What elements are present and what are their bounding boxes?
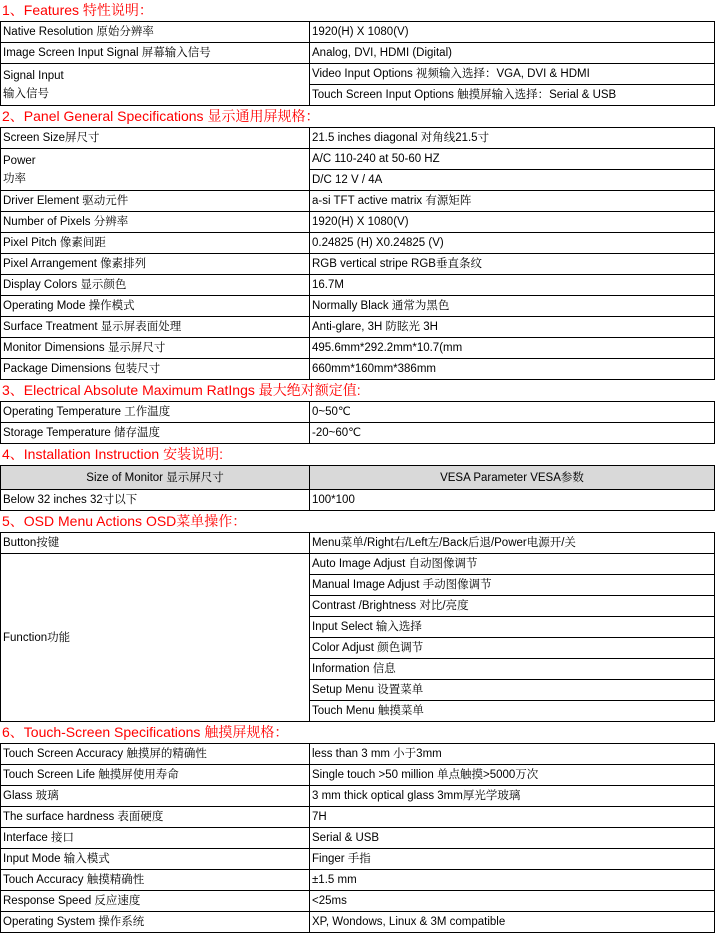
table-row: Touch Accuracy 触摸精确性 ±1.5 mm bbox=[1, 870, 715, 891]
table-row: Touch Screen Life 触摸屏使用寿命 Single touch >… bbox=[1, 765, 715, 786]
spec-value: Touch Menu 触摸菜单 bbox=[310, 701, 715, 722]
table-row: Surface Treatment 显示屏表面处理 Anti-glare, 3H… bbox=[1, 317, 715, 338]
spec-value: -20~60℃ bbox=[310, 423, 715, 444]
spec-label: Number of Pixels 分辨率 bbox=[1, 212, 310, 233]
spec-label: Power 功率 bbox=[1, 149, 310, 191]
spec-value: 3 mm thick optical glass 3mm厚光学玻璃 bbox=[310, 786, 715, 807]
panel-specs-table: Screen Size屏尺寸 21.5 inches diagonal 对角线2… bbox=[0, 127, 715, 380]
spec-label-en: Signal Input bbox=[3, 67, 307, 85]
spec-value: 21.5 inches diagonal 对角线21.5寸 bbox=[310, 128, 715, 149]
table-row: The surface hardness 表面硬度 7H bbox=[1, 807, 715, 828]
spec-label: Input Mode 输入模式 bbox=[1, 849, 310, 870]
table-row: Response Speed 反应速度 <25ms bbox=[1, 891, 715, 912]
spec-label: Touch Accuracy 触摸精确性 bbox=[1, 870, 310, 891]
spec-value: XP, Wondows, Linux & 3M compatible bbox=[310, 912, 715, 933]
table-row: Interface 接口 Serial & USB bbox=[1, 828, 715, 849]
table-row: Operating Temperature 工作温度 0~50℃ bbox=[1, 402, 715, 423]
touch-screen-table: Touch Screen Accuracy 触摸屏的精确性 less than … bbox=[0, 743, 715, 933]
spec-value: less than 3 mm 小于3mm bbox=[310, 744, 715, 765]
spec-label: Touch Screen Accuracy 触摸屏的精确性 bbox=[1, 744, 310, 765]
spec-label: Function功能 bbox=[1, 554, 310, 722]
table-row: Image Screen Input Signal 屏幕输入信号 Analog,… bbox=[1, 43, 715, 64]
spec-value: Auto Image Adjust 自动图像调节 bbox=[310, 554, 715, 575]
spec-label: Touch Screen Life 触摸屏使用寿命 bbox=[1, 765, 310, 786]
table-header-row: Size of Monitor 显示屏尺寸 VESA Parameter VES… bbox=[1, 466, 715, 490]
spec-value: Normally Black 通常为黑色 bbox=[310, 296, 715, 317]
spec-label-cn: 功率 bbox=[3, 170, 307, 188]
spec-label: Button按键 bbox=[1, 533, 310, 554]
section-title-panel-specs: 2、Panel General Specifications 显示通用屏规格： bbox=[0, 106, 715, 127]
spec-label: Pixel Pitch 像素间距 bbox=[1, 233, 310, 254]
table-row: Below 32 inches 32寸以下 100*100 bbox=[1, 490, 715, 511]
spec-value: Contrast /Brightness 对比/亮度 bbox=[310, 596, 715, 617]
spec-value: ±1.5 mm bbox=[310, 870, 715, 891]
table-row: Power 功率 A/C 110-240 at 50-60 HZ bbox=[1, 149, 715, 170]
spec-value: Analog, DVI, HDMI (Digital) bbox=[310, 43, 715, 64]
electrical-ratings-table: Operating Temperature 工作温度 0~50℃ Storage… bbox=[0, 401, 715, 444]
spec-label: Operating Mode 操作模式 bbox=[1, 296, 310, 317]
installation-table: Size of Monitor 显示屏尺寸 VESA Parameter VES… bbox=[0, 465, 715, 511]
spec-label: Pixel Arrangement 像素排列 bbox=[1, 254, 310, 275]
spec-label: Monitor Dimensions 显示屏尺寸 bbox=[1, 338, 310, 359]
spec-value: <25ms bbox=[310, 891, 715, 912]
spec-value: Video Input Options 视频输入选择：VGA, DVI & HD… bbox=[310, 64, 715, 85]
table-row: Display Colors 显示颜色 16.7M bbox=[1, 275, 715, 296]
spec-label: Package Dimensions 包装尺寸 bbox=[1, 359, 310, 380]
spec-value: RGB vertical stripe RGB垂直条纹 bbox=[310, 254, 715, 275]
table-row: Native Resolution 原始分辨率 1920(H) X 1080(V… bbox=[1, 22, 715, 43]
table-row: Signal Input 输入信号 Video Input Options 视频… bbox=[1, 64, 715, 85]
table-row: Screen Size屏尺寸 21.5 inches diagonal 对角线2… bbox=[1, 128, 715, 149]
spec-label: Signal Input 输入信号 bbox=[1, 64, 310, 106]
section-title-osd-menu: 5、OSD Menu Actions OSD菜单操作： bbox=[0, 511, 715, 532]
spec-value: Manual Image Adjust 手动图像调节 bbox=[310, 575, 715, 596]
spec-value: 7H bbox=[310, 807, 715, 828]
spec-value: Color Adjust 颜色调节 bbox=[310, 638, 715, 659]
spec-value: A/C 110-240 at 50-60 HZ bbox=[310, 149, 715, 170]
table-row: Package Dimensions 包装尺寸 660mm*160mm*386m… bbox=[1, 359, 715, 380]
table-row: Pixel Pitch 像素间距 0.24825 (H) X0.24825 (V… bbox=[1, 233, 715, 254]
table-row: Operating Mode 操作模式 Normally Black 通常为黑色 bbox=[1, 296, 715, 317]
spec-value: Menu菜单/Right右/Left左/Back后退/Power电源开/关 bbox=[310, 533, 715, 554]
spec-label: Operating System 操作系统 bbox=[1, 912, 310, 933]
spec-label: Interface 接口 bbox=[1, 828, 310, 849]
column-header-vesa: VESA Parameter VESA参数 bbox=[310, 466, 715, 490]
spec-value: Setup Menu 设置菜单 bbox=[310, 680, 715, 701]
spec-value: 16.7M bbox=[310, 275, 715, 296]
spec-value: a-si TFT active matrix 有源矩阵 bbox=[310, 191, 715, 212]
table-row: Number of Pixels 分辨率 1920(H) X 1080(V) bbox=[1, 212, 715, 233]
table-row: Pixel Arrangement 像素排列 RGB vertical stri… bbox=[1, 254, 715, 275]
spec-value: 1920(H) X 1080(V) bbox=[310, 22, 715, 43]
spec-label: Image Screen Input Signal 屏幕输入信号 bbox=[1, 43, 310, 64]
spec-label: Operating Temperature 工作温度 bbox=[1, 402, 310, 423]
table-row: Function功能 Auto Image Adjust 自动图像调节 bbox=[1, 554, 715, 575]
spec-value: Information 信息 bbox=[310, 659, 715, 680]
spec-label: Glass 玻璃 bbox=[1, 786, 310, 807]
spec-value: 0.24825 (H) X0.24825 (V) bbox=[310, 233, 715, 254]
spec-label: Storage Temperature 储存温度 bbox=[1, 423, 310, 444]
spec-value: D/C 12 V / 4A bbox=[310, 170, 715, 191]
spec-label: Below 32 inches 32寸以下 bbox=[1, 490, 310, 511]
table-row: Driver Element 驱动元件 a-si TFT active matr… bbox=[1, 191, 715, 212]
spec-value: Input Select 输入选择 bbox=[310, 617, 715, 638]
spec-value: 495.6mm*292.2mm*10.7(mm bbox=[310, 338, 715, 359]
section-title-touch-screen: 6、Touch-Screen Specifications 触摸屏规格： bbox=[0, 722, 715, 743]
section-title-installation: 4、Installation Instruction 安装说明: bbox=[0, 444, 715, 465]
spec-label: Screen Size屏尺寸 bbox=[1, 128, 310, 149]
table-row: Touch Screen Accuracy 触摸屏的精确性 less than … bbox=[1, 744, 715, 765]
spec-label: Driver Element 驱动元件 bbox=[1, 191, 310, 212]
spec-value: 1920(H) X 1080(V) bbox=[310, 212, 715, 233]
spec-value: Finger 手指 bbox=[310, 849, 715, 870]
spec-label: The surface hardness 表面硬度 bbox=[1, 807, 310, 828]
spec-label: Surface Treatment 显示屏表面处理 bbox=[1, 317, 310, 338]
spec-value: Single touch >50 million 单点触摸>5000万次 bbox=[310, 765, 715, 786]
table-row: Storage Temperature 储存温度 -20~60℃ bbox=[1, 423, 715, 444]
spec-label-en: Power bbox=[3, 152, 307, 170]
spec-value: Anti-glare, 3H 防眩光 3H bbox=[310, 317, 715, 338]
table-row: Button按键 Menu菜单/Right右/Left左/Back后退/Powe… bbox=[1, 533, 715, 554]
osd-menu-table: Button按键 Menu菜单/Right右/Left左/Back后退/Powe… bbox=[0, 532, 715, 722]
column-header-size: Size of Monitor 显示屏尺寸 bbox=[1, 466, 310, 490]
section-title-electrical-ratings: 3、Electrical Absolute Maximum RatIngs 最大… bbox=[0, 380, 715, 401]
spec-value: Serial & USB bbox=[310, 828, 715, 849]
spec-value: Touch Screen Input Options 触摸屏输入选择：Seria… bbox=[310, 85, 715, 106]
table-row: Input Mode 输入模式 Finger 手指 bbox=[1, 849, 715, 870]
spec-value: 100*100 bbox=[310, 490, 715, 511]
table-row: Operating System 操作系统 XP, Wondows, Linux… bbox=[1, 912, 715, 933]
table-row: Monitor Dimensions 显示屏尺寸 495.6mm*292.2mm… bbox=[1, 338, 715, 359]
spec-label: Native Resolution 原始分辨率 bbox=[1, 22, 310, 43]
spec-value: 0~50℃ bbox=[310, 402, 715, 423]
spec-value: 660mm*160mm*386mm bbox=[310, 359, 715, 380]
spec-label: Display Colors 显示颜色 bbox=[1, 275, 310, 296]
spec-label: Response Speed 反应速度 bbox=[1, 891, 310, 912]
features-table: Native Resolution 原始分辨率 1920(H) X 1080(V… bbox=[0, 21, 715, 106]
section-title-features: 1、Features 特性说明： bbox=[0, 0, 715, 21]
table-row: Glass 玻璃 3 mm thick optical glass 3mm厚光学… bbox=[1, 786, 715, 807]
spec-label-cn: 输入信号 bbox=[3, 85, 307, 103]
